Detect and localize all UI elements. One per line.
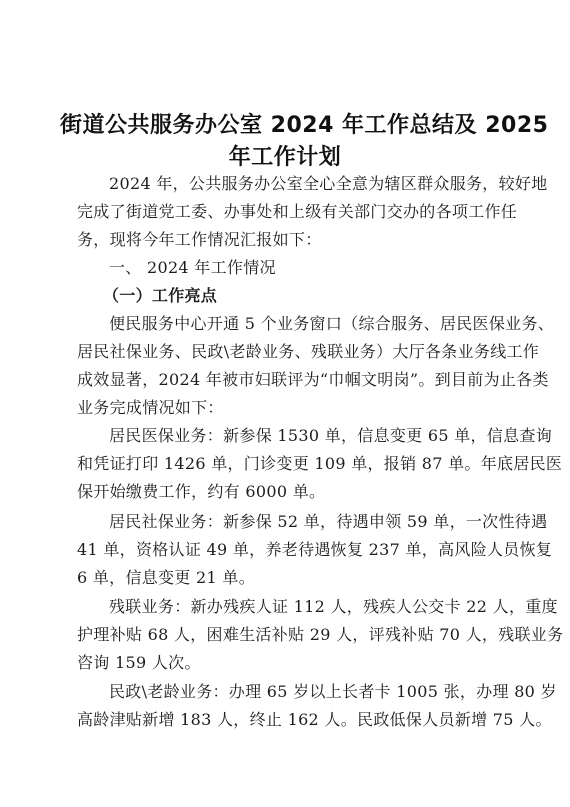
social-insurance-line: 居民社保业务：新参保 52 单，待遇申领 59 单，一次性待遇 <box>77 512 502 532</box>
medical-insurance-line: 和凭证打印 1426 单，门诊变更 109 单，报销 87 单。年底居民医 <box>77 454 502 474</box>
civil-affairs-line: 民政\老龄业务：办理 65 岁以上长者卡 1005 张，办理 80 岁 <box>77 682 502 702</box>
document-title-line-2: 年工作计划 <box>60 140 510 171</box>
intro-paragraph-line: 完成了街道党工委、办事处和上级有关部门交办的各项工作任 <box>77 202 502 222</box>
intro-paragraph-line: 务，现将今年工作情况汇报如下： <box>77 230 502 250</box>
document-page: 街道公共服务办公室 2024 年工作总结及 2025 年工作计划 2024 年，… <box>0 0 570 807</box>
subsection-heading: （一）工作亮点 <box>77 286 528 306</box>
paragraph-line: 业务完成情况如下： <box>77 398 502 418</box>
disability-line: 残联业务：新办残疾人证 112 人，残疾人公交卡 22 人，重度 <box>77 597 502 617</box>
disability-line: 护理补贴 68 人，困难生活补贴 29 人，评残补贴 70 人，残联业务 <box>77 625 502 645</box>
paragraph-line: 居民社保业务、民政\老龄业务、残联业务）大厅各条业务线工作 <box>77 342 502 362</box>
paragraph-line: 成效显著，2024 年被市妇联评为“巾帼文明岗”。到目前为止各类 <box>77 370 502 390</box>
medical-insurance-line: 居民医保业务：新参保 1530 单，信息变更 65 单，信息查询 <box>77 426 502 446</box>
intro-paragraph-line: 2024 年，公共服务办公室全心全意为辖区群众服务，较好地 <box>77 174 502 194</box>
medical-insurance-line: 保开始缴费工作，约有 6000 单。 <box>77 482 502 502</box>
section-heading: 一、 2024 年工作情况 <box>77 258 534 278</box>
civil-affairs-line: 高龄津贴新增 183 人，终止 162 人。民政低保人员新增 75 人。 <box>77 710 502 730</box>
paragraph-line: 便民服务中心开通 5 个业务窗口（综合服务、居民医保业务、 <box>77 314 502 334</box>
document-title-line-1: 街道公共服务办公室 2024 年工作总结及 2025 <box>60 108 510 139</box>
social-insurance-line: 6 单，信息变更 21 单。 <box>77 568 502 588</box>
disability-line: 咨询 159 人次。 <box>77 653 502 673</box>
social-insurance-line: 41 单，资格认证 49 单，养老待遇恢复 237 单，高风险人员恢复 <box>77 540 502 560</box>
